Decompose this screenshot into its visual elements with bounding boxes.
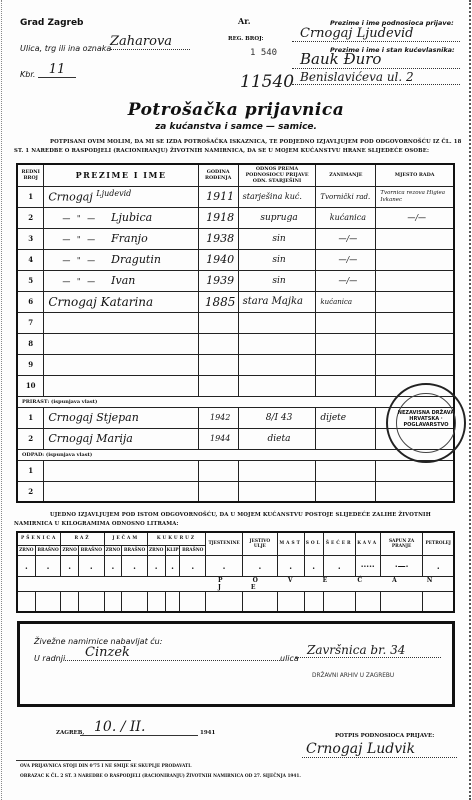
page-edge-left — [1, 0, 3, 800]
occupation-cell[interactable]: —/— — [316, 270, 376, 291]
sub-grain: ZRNO — [147, 545, 165, 555]
col-occupation: ZANIMANJE — [316, 164, 376, 186]
workplace-cell[interactable] — [376, 270, 454, 291]
stock-cell[interactable]: ····· — [355, 555, 380, 576]
shop-street-field[interactable]: Završnica br. 34 — [295, 643, 441, 658]
table-row: 9 — [17, 354, 454, 375]
stock-cell[interactable] — [355, 591, 380, 612]
year-cell[interactable]: 1940 — [198, 249, 238, 270]
year-cell[interactable] — [198, 481, 238, 502]
table-row: 5 — " — Ivan 1939 sin —/— — [17, 270, 454, 291]
applicant-field[interactable]: Crnogaj Ljudevid — [292, 26, 460, 42]
table-row: 1 Crnogaj Ljudevid 1911 starješina kuć. … — [17, 186, 454, 207]
stock-cell[interactable]: . — [17, 555, 35, 576]
occupation-cell[interactable] — [316, 375, 376, 396]
stock-cell[interactable]: . — [104, 555, 122, 576]
date-field[interactable]: 10. / II. — [80, 719, 198, 736]
group-rye: RAŽ — [61, 532, 104, 545]
relation-cell[interactable]: stara Majka — [238, 291, 316, 312]
workplace-cell[interactable] — [376, 312, 454, 333]
occupation-cell[interactable] — [316, 333, 376, 354]
stock-cell[interactable] — [380, 591, 423, 612]
stock-cell[interactable] — [122, 591, 148, 612]
col-lard: MAST — [277, 532, 304, 555]
stock-cell[interactable] — [423, 591, 454, 612]
name-cell[interactable] — [44, 375, 198, 396]
col-name: PREZIME I IME — [44, 164, 198, 186]
food-stock-table: PŠENICA RAŽ JEČAM KUKURUZ TJESTENINE JES… — [16, 531, 455, 613]
table-row: 4 — " — Dragutin 1940 sin —/— — [17, 249, 454, 270]
year-cell[interactable]: 1938 — [198, 228, 238, 249]
stock-cell[interactable] — [304, 591, 323, 612]
year-cell[interactable]: 1944 — [198, 428, 238, 449]
col-workplace: MJESTO RADA — [376, 164, 454, 186]
reg-number-label: REG. BROJ: — [228, 36, 264, 42]
removal-row: 1 — [17, 460, 454, 481]
workplace-cell[interactable] — [376, 481, 454, 502]
stock-cell[interactable]: . — [323, 555, 355, 576]
year-cell[interactable]: 1918 — [198, 207, 238, 228]
occupation-cell[interactable] — [316, 481, 376, 502]
stock-cell[interactable] — [180, 591, 206, 612]
name-cell[interactable] — [44, 481, 198, 502]
name-cell[interactable]: Crnogaj Marija — [44, 428, 198, 449]
supply-box — [17, 621, 455, 707]
col-salt: SOL — [304, 532, 323, 555]
workplace-cell[interactable] — [376, 354, 454, 375]
workplace-cell[interactable]: Tvornica rezova Higiea Ivkanec — [376, 186, 454, 207]
name-cell[interactable]: — " — Ljubica — [44, 207, 198, 228]
workplace-cell[interactable] — [376, 333, 454, 354]
row-no: 1 — [17, 460, 44, 481]
stock-cell[interactable] — [79, 591, 105, 612]
row-no: 9 — [17, 354, 44, 375]
workplace-cell[interactable] — [376, 460, 454, 481]
stock-cell[interactable]: . — [180, 555, 206, 576]
reg-number-stamped: 1 540 — [250, 48, 277, 58]
form-title: Potrošačka prijavnica — [0, 100, 472, 120]
occupation-cell[interactable]: —/— — [316, 249, 376, 270]
relation-cell[interactable] — [238, 312, 316, 333]
col-pasta: TJESTENINE — [206, 532, 243, 555]
owner-address-field[interactable]: Benislavićeva ul. 2 — [292, 70, 460, 85]
table-row: 6 Crnogaj Katarina 1885 stara Majka kuća… — [17, 291, 454, 312]
occupation-cell[interactable] — [316, 460, 376, 481]
name-cell[interactable] — [44, 312, 198, 333]
footnote-divider — [16, 760, 131, 761]
stock-group-header: PŠENICA RAŽ JEČAM KUKURUZ TJESTENINE JES… — [17, 532, 454, 545]
table-row: 3 — " — Franjo 1938 sin —/— — [17, 228, 454, 249]
row-no: 6 — [17, 291, 44, 312]
stock-values-row: . . . . . . . . . . . . . . ····· ·—· . — [17, 555, 454, 576]
stock-cell[interactable]: . — [147, 555, 165, 576]
shop-label: U radnji — [34, 654, 65, 663]
year-cell[interactable] — [198, 354, 238, 375]
relation-cell[interactable]: starješina kuć. — [238, 186, 316, 207]
row-no: 1 — [17, 186, 44, 207]
row-no: 3 — [17, 228, 44, 249]
increase-values-row — [17, 591, 454, 612]
name-cell[interactable]: — " — Franjo — [44, 228, 198, 249]
stock-cell[interactable]: . — [122, 555, 148, 576]
stock-cell[interactable]: . — [277, 555, 304, 576]
row-no: 5 — [17, 270, 44, 291]
increase-label: P O V E Ć A N J E — [17, 576, 454, 591]
table-row: 2 — " — Ljubica 1918 supruga kućanica —/… — [17, 207, 454, 228]
col-kerosene: PETROLEJ — [423, 532, 454, 555]
first-name: Franjo — [111, 232, 148, 245]
year-cell[interactable] — [198, 460, 238, 481]
intro-statement: POTPISANI OVIM MOLIM, DA MI SE IZDA POTR… — [14, 138, 464, 156]
year-cell[interactable]: 1942 — [198, 407, 238, 428]
name-cell[interactable]: Crnogaj Katarina — [44, 291, 198, 312]
signature-field[interactable]: Crnogaj Ludvik — [302, 741, 457, 758]
relation-cell[interactable]: sin — [238, 249, 316, 270]
owner-name-field[interactable]: Bauk Đuro — [292, 50, 460, 69]
occupation-cell[interactable] — [316, 428, 376, 449]
col-oil: JESTIVO ULJE — [243, 532, 278, 555]
stock-cell[interactable] — [206, 591, 243, 612]
table-row: 7 — [17, 312, 454, 333]
surname: — " — — [48, 214, 97, 223]
stock-cell[interactable]: . — [35, 555, 61, 576]
name-cell[interactable]: — " — Dragutin — [44, 249, 198, 270]
col-soap: SAPUN ZA PRANJE — [380, 532, 423, 555]
shop-field[interactable]: Cinzek — [65, 645, 280, 661]
archive-stamp: DRŽAVNI ARHIV U ZAGREBU — [312, 673, 394, 679]
surname: Crnogaj — [48, 191, 92, 204]
stock-cell[interactable]: . — [61, 555, 79, 576]
signature-label: POTPIS PODNOSIOCA PRIJAVE: — [335, 733, 434, 739]
name-cell[interactable] — [44, 333, 198, 354]
stock-cell[interactable]: . — [423, 555, 454, 576]
street-label: Ulica, trg ili ina oznaka — [20, 44, 111, 53]
group-corn: KUKURUZ — [147, 532, 205, 545]
stock-cell[interactable] — [147, 591, 165, 612]
stock-cell[interactable]: . — [206, 555, 243, 576]
year-cell[interactable] — [198, 333, 238, 354]
page-edge-right — [469, 0, 471, 800]
year-cell[interactable]: 1939 — [198, 270, 238, 291]
year-cell[interactable] — [198, 312, 238, 333]
col-coffee: KAVA — [355, 532, 380, 555]
occupation-cell[interactable] — [316, 312, 376, 333]
stock-cell[interactable] — [277, 591, 304, 612]
official-stamp-text: NEZAVISNA DRŽAVA HRVATSKA · POGLAVARSTVO — [392, 410, 460, 428]
stock-cell[interactable] — [323, 591, 355, 612]
occupation-cell[interactable]: dijete — [316, 407, 376, 428]
stock-cell[interactable]: . — [79, 555, 105, 576]
house-number-field[interactable]: 11 — [38, 62, 76, 78]
name-cell[interactable] — [44, 460, 198, 481]
first-name: Dragutin — [111, 253, 161, 266]
sub-cob: KLIP — [165, 545, 180, 555]
occupation-cell[interactable]: kućanica — [316, 207, 376, 228]
workplace-cell[interactable] — [376, 249, 454, 270]
relation-cell[interactable] — [238, 333, 316, 354]
stock-cell[interactable] — [165, 591, 180, 612]
stock-cell[interactable]: . — [304, 555, 323, 576]
first-name: Ivan — [111, 274, 135, 287]
sub-flour: BRAŠNO — [35, 545, 61, 555]
stock-cell[interactable]: ·—· — [380, 555, 423, 576]
stock-declaration: UJEDNO IZJAVLJUJEM POD ISTOM ODGOVORNOŠĆ… — [14, 511, 464, 529]
relation-cell[interactable] — [238, 375, 316, 396]
additions-label: PRIRAST: (ispunjava vlast) — [17, 396, 454, 407]
relation-cell[interactable]: sin — [238, 270, 316, 291]
relation-cell[interactable] — [238, 481, 316, 502]
workplace-cell[interactable]: —/— — [376, 207, 454, 228]
relation-cell[interactable]: 8/I 43 — [238, 407, 316, 428]
year-cell[interactable]: 1885 — [198, 291, 238, 312]
house-number-label: Kbr. — [20, 70, 35, 79]
relation-cell[interactable] — [238, 354, 316, 375]
ration-registration-form: Grad Zagreb Ulica, trg ili ina oznaka Za… — [0, 0, 472, 800]
removal-row: 2 — [17, 481, 454, 502]
first-name: Ljubica — [111, 211, 152, 224]
relation-cell[interactable]: sin — [238, 228, 316, 249]
stock-cell[interactable] — [17, 591, 35, 612]
sub-flour: BRAŠNO — [180, 545, 206, 555]
group-wheat: PŠENICA — [17, 532, 61, 545]
removals-label: ODPAD: (ispunjava vlast) — [17, 449, 454, 460]
occupation-cell[interactable]: —/— — [316, 228, 376, 249]
first-name: Ljudevid — [96, 189, 131, 198]
table-row: 8 — [17, 333, 454, 354]
name-cell[interactable]: Crnogaj Stjepan — [44, 407, 198, 428]
removals-section-row: ODPAD: (ispunjava vlast) — [17, 449, 454, 460]
table-row: 10 — [17, 375, 454, 396]
household-table: REDNI BROJ PREZIME I IME GODINA ROĐENJA … — [16, 163, 455, 503]
price-note: OVA PRIJAVNICA STOJI DIN 0'75 I NE SMIJE… — [20, 764, 192, 769]
stock-cell[interactable] — [104, 591, 122, 612]
row-no: 10 — [17, 375, 44, 396]
first-name: Katarina — [101, 295, 154, 309]
occupation-cell[interactable]: kućanica — [316, 291, 376, 312]
surname: — " — — [48, 235, 97, 244]
stock-cell[interactable] — [61, 591, 79, 612]
occupation-cell[interactable] — [316, 354, 376, 375]
year-cell[interactable] — [198, 375, 238, 396]
row-no: 7 — [17, 312, 44, 333]
street-field[interactable]: Zaharova — [110, 34, 190, 50]
additions-section-row: PRIRAST: (ispunjava vlast) — [17, 396, 454, 407]
sub-grain: ZRNO — [17, 545, 35, 555]
reg-number-handwritten[interactable]: 11540 — [240, 72, 294, 92]
form-reference-note: OBRAZAC K ČL. 2 ST. 3 NAREDBE O RASPODJE… — [20, 774, 301, 779]
row-no: 4 — [17, 249, 44, 270]
surname: Crnogaj — [48, 295, 96, 309]
ar-label: Ar. — [238, 16, 250, 26]
row-no: 1 — [17, 407, 44, 428]
name-cell[interactable] — [44, 354, 198, 375]
stock-cell[interactable] — [243, 591, 278, 612]
name-cell[interactable]: — " — Ivan — [44, 270, 198, 291]
stock-cell[interactable]: . — [165, 555, 180, 576]
sub-flour: BRAŠNO — [122, 545, 148, 555]
col-relation: ODNOS PREMA PODNOSIOCU PRIJAVE ODN. STAR… — [238, 164, 316, 186]
col-no: REDNI BROJ — [17, 164, 44, 186]
workplace-cell[interactable] — [376, 228, 454, 249]
household-header-row: REDNI BROJ PREZIME I IME GODINA ROĐENJA … — [17, 164, 454, 186]
occupation-cell[interactable]: Tvornički rad. — [316, 186, 376, 207]
stock-cell[interactable]: . — [243, 555, 278, 576]
row-no: 2 — [17, 428, 44, 449]
sub-flour: BRAŠNO — [79, 545, 105, 555]
workplace-cell[interactable] — [376, 291, 454, 312]
increase-row: P O V E Ć A N J E — [17, 576, 454, 591]
col-sugar: ŠEĆER — [323, 532, 355, 555]
sub-grain: ZRNO — [61, 545, 79, 555]
relation-cell[interactable]: dieta — [238, 428, 316, 449]
relation-cell[interactable]: supruga — [238, 207, 316, 228]
stock-cell[interactable] — [35, 591, 61, 612]
group-barley: JEČAM — [104, 532, 147, 545]
row-no: 2 — [17, 207, 44, 228]
surname: — " — — [48, 256, 97, 265]
form-subtitle: za kućanstva i samce — samice. — [0, 122, 472, 132]
year-field: 1941 — [200, 730, 215, 736]
col-birth-year: GODINA ROĐENJA — [198, 164, 238, 186]
row-no: 8 — [17, 333, 44, 354]
city-name: Grad Zagreb — [20, 18, 84, 28]
sub-grain: ZRNO — [104, 545, 122, 555]
surname: — " — — [48, 277, 97, 286]
name-cell[interactable]: Crnogaj Ljudevid — [44, 186, 198, 207]
year-cell[interactable]: 1911 — [198, 186, 238, 207]
row-no: 2 — [17, 481, 44, 502]
relation-cell[interactable] — [238, 460, 316, 481]
